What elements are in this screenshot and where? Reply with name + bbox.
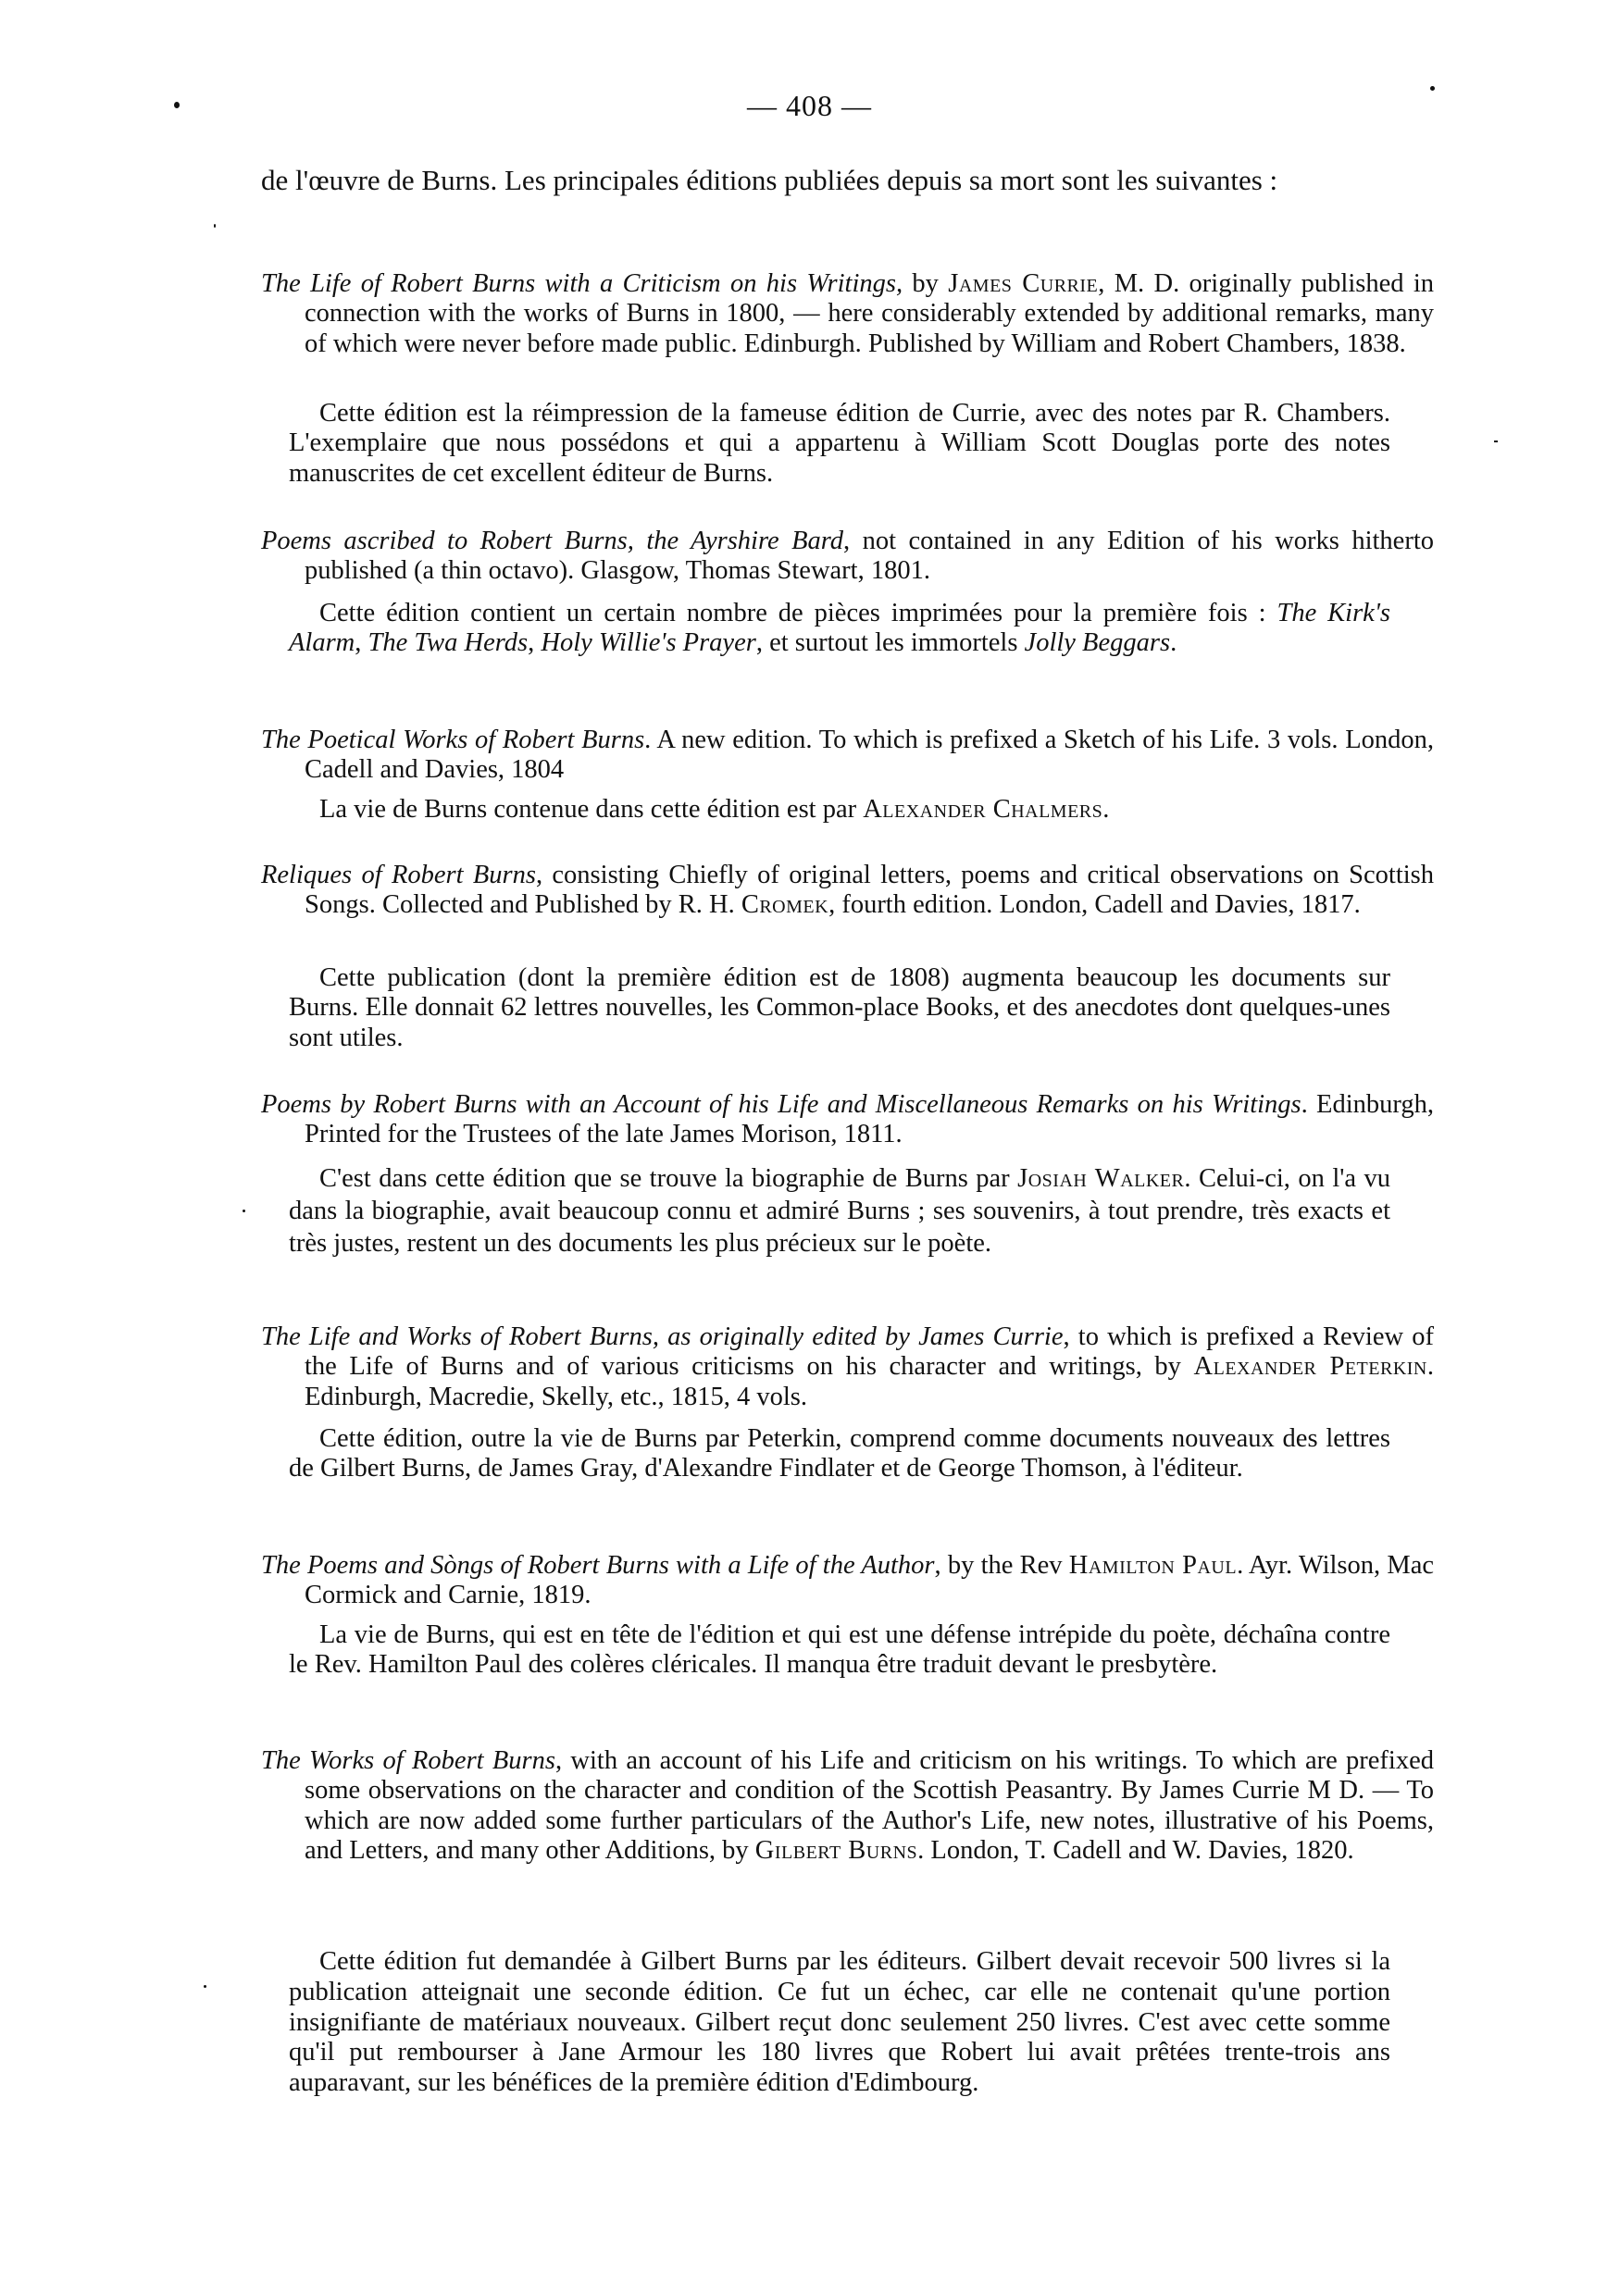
scan-speck xyxy=(174,102,180,108)
citation-title: The Works of Robert Burns xyxy=(261,1746,555,1775)
citation-2: Poems ascribed to Robert Burns, the Ayrs… xyxy=(261,527,1434,587)
comment-text: , xyxy=(528,628,541,657)
work-title: Holy Willie's Prayer xyxy=(541,628,755,657)
comment-8: Cette édition fut demandée à Gilbert Bur… xyxy=(261,1947,1390,2099)
citation-author: Gilbert Burns xyxy=(755,1836,917,1865)
citation-author: Hamilton Paul xyxy=(1069,1551,1237,1580)
comment-1: Cette édition est la réimpression de la … xyxy=(261,399,1390,489)
citation-title: Poems by Robert Burns with an Account of… xyxy=(261,1090,1301,1119)
citation-4: Reliques of Robert Burns, consisting Chi… xyxy=(261,861,1434,921)
comment-text: Cette publication (dont la première édit… xyxy=(289,963,1390,1052)
citation-author: Alexander Peterkin xyxy=(1194,1352,1427,1381)
scan-speck xyxy=(1494,441,1498,442)
work-title: Jolly Beggars xyxy=(1025,628,1171,657)
page-number: — 408 — xyxy=(0,89,1619,123)
comment-text: Cette édition fut demandée à Gilbert Bur… xyxy=(289,1947,1390,2097)
citation-5: Poems by Robert Burns with an Account of… xyxy=(261,1090,1434,1150)
citation-author: Cromek xyxy=(741,890,828,919)
scan-speck xyxy=(204,1985,206,1988)
scan-speck xyxy=(243,1210,245,1212)
comment-text: Cette édition contient un certain nombre… xyxy=(319,599,1277,627)
comment-6: Cette édition, outre la vie de Burns par… xyxy=(261,1424,1390,1484)
comment-5: C'est dans cette édition que se trouve l… xyxy=(261,1162,1390,1260)
comment-text: , et surtout les immortels xyxy=(756,628,1025,657)
person-name: Alexander Chalmers xyxy=(863,795,1102,824)
citation-3: The Poetical Works of Robert Burns. A ne… xyxy=(261,726,1434,786)
work-title: The Twa Herds xyxy=(368,628,529,657)
comment-text: C'est dans cette édition que se trouve l… xyxy=(319,1164,1017,1193)
comment-text: , xyxy=(355,628,367,657)
scan-speck xyxy=(1430,86,1435,91)
citation-title: Reliques of Robert Burns xyxy=(261,861,536,889)
comment-4: Cette publication (dont la première édit… xyxy=(261,963,1390,1053)
comment-text: Cette édition, outre la vie de Burns par… xyxy=(289,1424,1390,1483)
comment-text: La vie de Burns, qui est en tête de l'éd… xyxy=(289,1620,1390,1679)
comment-text: . xyxy=(1102,795,1109,824)
citation-text: , by the Rev xyxy=(935,1551,1069,1580)
citation-title: The Poems and Sòngs of Robert Burns with… xyxy=(261,1551,935,1580)
citation-title: The Life of Robert Burns with a Criticis… xyxy=(261,269,903,298)
scan-speck xyxy=(214,224,216,228)
person-name: Josiah Walker xyxy=(1017,1164,1184,1193)
citation-author: James Currie xyxy=(948,269,1098,298)
citation-text: by xyxy=(903,269,948,298)
citation-7: The Poems and Sòngs of Robert Burns with… xyxy=(261,1551,1434,1611)
comment-text: La vie de Burns contenue dans cette édit… xyxy=(319,795,863,824)
citation-text: , fourth edition. London, Cadell and Dav… xyxy=(828,890,1361,919)
citation-6: The Life and Works of Robert Burns, as o… xyxy=(261,1322,1434,1412)
comment-3: La vie de Burns contenue dans cette édit… xyxy=(261,795,1390,825)
comment-2: Cette édition contient un certain nombre… xyxy=(261,599,1390,659)
comment-text: Cette édition est la réimpression de la … xyxy=(289,399,1390,488)
comment-7: La vie de Burns, qui est en tête de l'éd… xyxy=(261,1620,1390,1681)
comment-text: . xyxy=(1170,628,1177,657)
citation-title: Poems ascribed to Robert Burns, the Ayrs… xyxy=(261,527,843,555)
citation-title: The Poetical Works of Robert Burns xyxy=(261,726,644,754)
citation-8: The Works of Robert Burns, with an accou… xyxy=(261,1746,1434,1867)
citation-1: The Life of Robert Burns with a Criticis… xyxy=(261,269,1434,359)
citation-title: The Life and Works of Robert Burns, as o… xyxy=(261,1322,1063,1351)
intro-paragraph: de l'œuvre de Burns. Les principales édi… xyxy=(261,163,1390,198)
citation-text: . London, T. Cadell and W. Davies, 1820. xyxy=(917,1836,1354,1865)
